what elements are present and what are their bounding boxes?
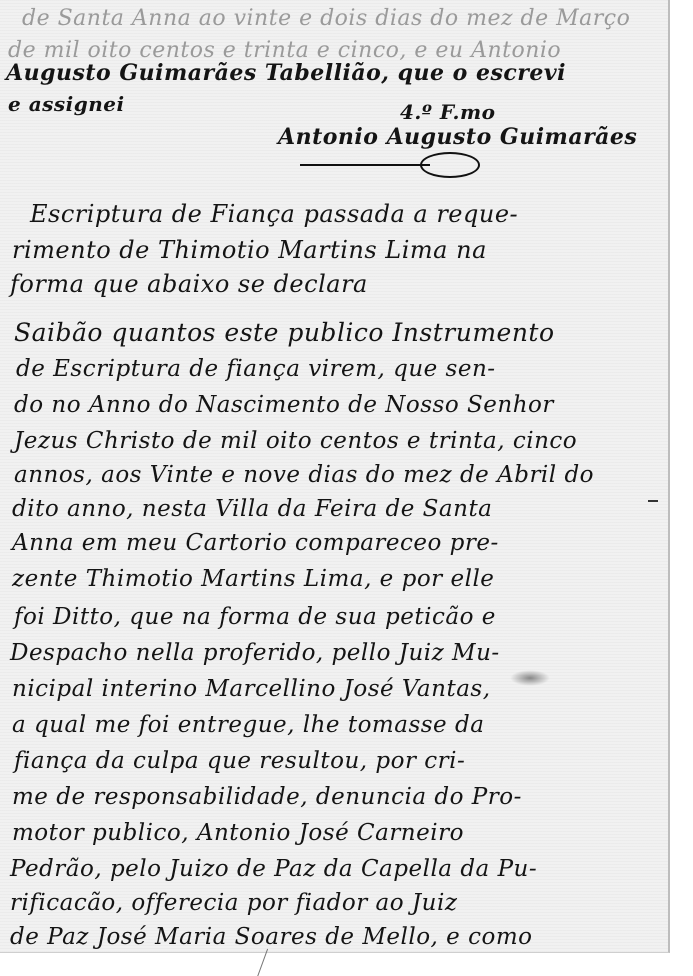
body-line: me de responsabilidade, denuncia do Pro- [12, 784, 522, 810]
body-line: a qual me foi entregue, lhe tomasse da [12, 712, 484, 738]
body-line: rificacão, offerecia por fiador ao Juiz [10, 890, 457, 916]
body-line: annos, aos Vinte e nove dias do mez de A… [14, 462, 594, 488]
manuscript-page: de Santa Anna ao vinte e dois dias do me… [0, 0, 670, 953]
body-line: do no Anno do Nascimento de Nosso Senhor [14, 392, 554, 418]
body-line: motor publico, Antonio José Carneiro [12, 820, 464, 846]
signature-rubric [420, 152, 480, 178]
heading-line: rimento de Thimotio Martins Lima na [12, 236, 487, 264]
margin-mark [648, 500, 658, 502]
body-line: dito anno, nesta Villa da Feira de Santa [12, 496, 492, 522]
body-line: Jezus Christo de mil oito centos e trint… [14, 428, 577, 454]
body-line: fiança da culpa que resultou, por cri- [14, 748, 465, 774]
bleed-through-line: de Santa Anna ao vinte e dois dias do me… [22, 6, 630, 31]
signature-name: Antonio Augusto Guimarães [278, 124, 637, 150]
body-line: Anna em meu Cartorio compareceo pre- [12, 530, 499, 556]
body-line: zente Thimotio Martins Lima, e por elle [12, 566, 494, 592]
heading-line: forma que abaixo se declara [10, 270, 368, 298]
body-line: Pedrão, pelo Juizo de Paz da Capella da … [10, 856, 537, 882]
closing-line: Augusto Guimarães Tabellião, que o escre… [6, 60, 566, 86]
body-line: Saibão quantos este publico Instrumento [14, 318, 555, 347]
ink-blot [510, 670, 550, 686]
body-line: foi Ditto, que na forma de sua peticão e [14, 604, 496, 630]
body-line: Despacho nella proferido, pello Juiz Mu- [10, 640, 500, 666]
heading-line: Escriptura de Fiança passada a reque- [30, 200, 518, 228]
body-line: de Paz José Maria Soares de Mello, e com… [10, 924, 533, 950]
signature-prefix: 4.º F.mo [400, 100, 496, 124]
body-line: de Escriptura de fiança virem, que sen- [16, 356, 496, 382]
body-line: nicipal interino Marcellino José Vantas, [12, 676, 491, 702]
closing-line: e assignei [8, 92, 125, 116]
signature-flourish [300, 164, 430, 166]
